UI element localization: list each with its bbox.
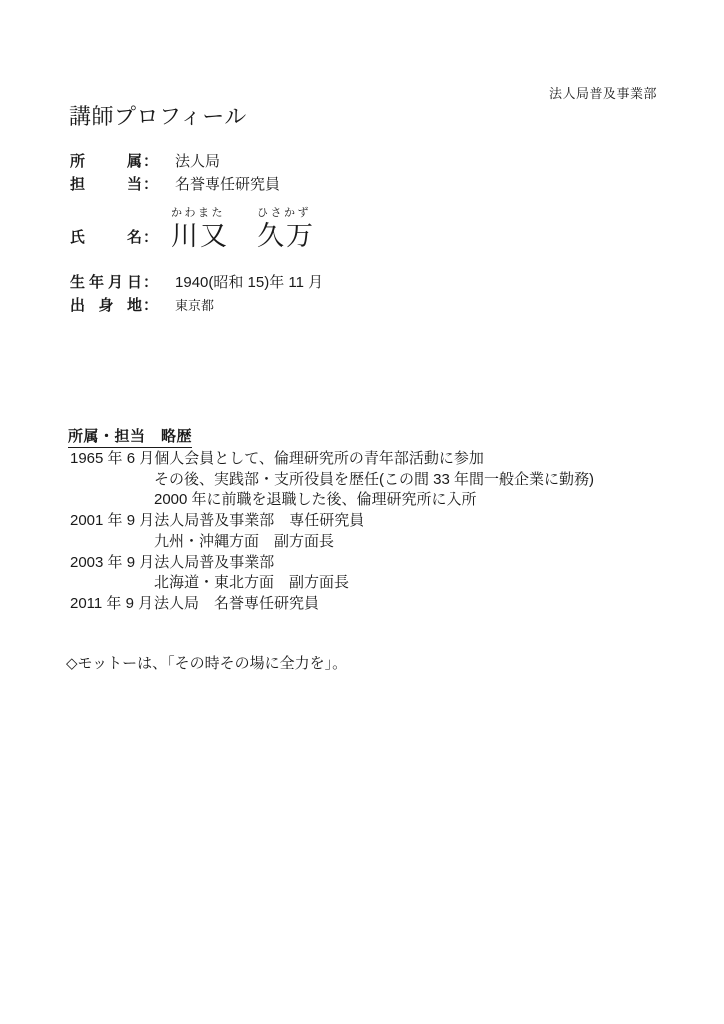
history-desc: 法人局普及事業部	[154, 553, 670, 574]
affiliation-row: 所属 ： 法人局	[70, 150, 220, 171]
history-row: 2003 年 9 月 法人局普及事業部	[70, 553, 670, 574]
motto-line: ◇モットーは、「その時その場に全力を」。	[66, 652, 347, 673]
history-date: 1965 年 6 月	[70, 449, 154, 470]
birthplace-colon: ：	[143, 294, 158, 315]
history-date: 2003 年 9 月	[70, 553, 154, 574]
charge-value: 名誉専任研究員	[175, 173, 280, 194]
name-label: 氏名	[70, 226, 142, 247]
history-date	[70, 573, 154, 594]
affiliation-label: 所属	[70, 150, 142, 171]
history-desc: 2000 年に前職を退職した後、倫理研究所に入所	[154, 490, 670, 511]
name-colon: ：	[143, 226, 158, 247]
history-heading: 所属・担当 略歴	[68, 425, 192, 448]
given-name-furigana: ひさかず	[257, 206, 311, 221]
history-row: 2011 年 9 月 法人局 名誉専任研究員	[70, 594, 670, 615]
birthdate-row: 生年月日 ： 1940(昭和 15)年 11 月	[70, 271, 323, 292]
charge-label: 担当	[70, 173, 142, 194]
given-name-unit: ひさかず 久万	[257, 206, 315, 252]
birthplace-row: 出身地 ： 東京都	[70, 294, 214, 315]
history-date	[70, 470, 154, 491]
birthplace-value: 東京都	[175, 295, 214, 314]
birthdate-value: 1940(昭和 15)年 11 月	[175, 271, 323, 292]
birthdate-colon: ：	[143, 271, 158, 292]
department-name: 法人局普及事業部	[549, 83, 657, 102]
family-name-kanji: 川又	[171, 221, 229, 252]
page-title: 講師プロフィール	[69, 100, 247, 131]
history-desc: その後、実践部・支所役員を歴任(この間 33 年間一般企業に勤務)	[154, 470, 670, 491]
history-desc: 個人会員として、倫理研究所の青年部活動に参加	[154, 449, 670, 470]
affiliation-colon: ：	[143, 150, 158, 171]
birthplace-label: 出身地	[70, 294, 142, 315]
history-date	[70, 532, 154, 553]
history-list: 1965 年 6 月 個人会員として、倫理研究所の青年部活動に参加 その後、実践…	[70, 449, 670, 615]
history-row: 北海道・東北方面 副方面長	[70, 573, 670, 594]
history-row: 2000 年に前職を退職した後、倫理研究所に入所	[70, 490, 670, 511]
history-desc: 九州・沖縄方面 副方面長	[154, 532, 670, 553]
name-label-wrap: 氏名 ：	[70, 226, 158, 252]
affiliation-value: 法人局	[175, 150, 220, 171]
history-row: 1965 年 6 月 個人会員として、倫理研究所の青年部活動に参加	[70, 449, 670, 470]
full-name: かわまた 川又 ひさかず 久万	[171, 206, 315, 252]
history-desc: 法人局 名誉専任研究員	[154, 594, 670, 615]
birthdate-label: 生年月日	[70, 271, 142, 292]
history-row: 2001 年 9 月 法人局普及事業部 専任研究員	[70, 511, 670, 532]
history-row: その後、実践部・支所役員を歴任(この間 33 年間一般企業に勤務)	[70, 470, 670, 491]
history-date: 2011 年 9 月	[70, 594, 154, 615]
history-date	[70, 490, 154, 511]
charge-row: 担当 ： 名誉専任研究員	[70, 173, 280, 194]
document-page: 法人局普及事業部 講師プロフィール 所属 ： 法人局 担当 ： 名誉専任研究員 …	[0, 0, 724, 1024]
history-date: 2001 年 9 月	[70, 511, 154, 532]
history-desc: 法人局普及事業部 専任研究員	[154, 511, 670, 532]
given-name-kanji: 久万	[257, 221, 315, 252]
history-row: 九州・沖縄方面 副方面長	[70, 532, 670, 553]
name-row: 氏名 ： かわまた 川又 ひさかず 久万	[70, 206, 315, 252]
family-name-furigana: かわまた	[171, 206, 225, 221]
family-name-unit: かわまた 川又	[171, 206, 229, 252]
charge-colon: ：	[143, 173, 158, 194]
history-desc: 北海道・東北方面 副方面長	[154, 573, 670, 594]
